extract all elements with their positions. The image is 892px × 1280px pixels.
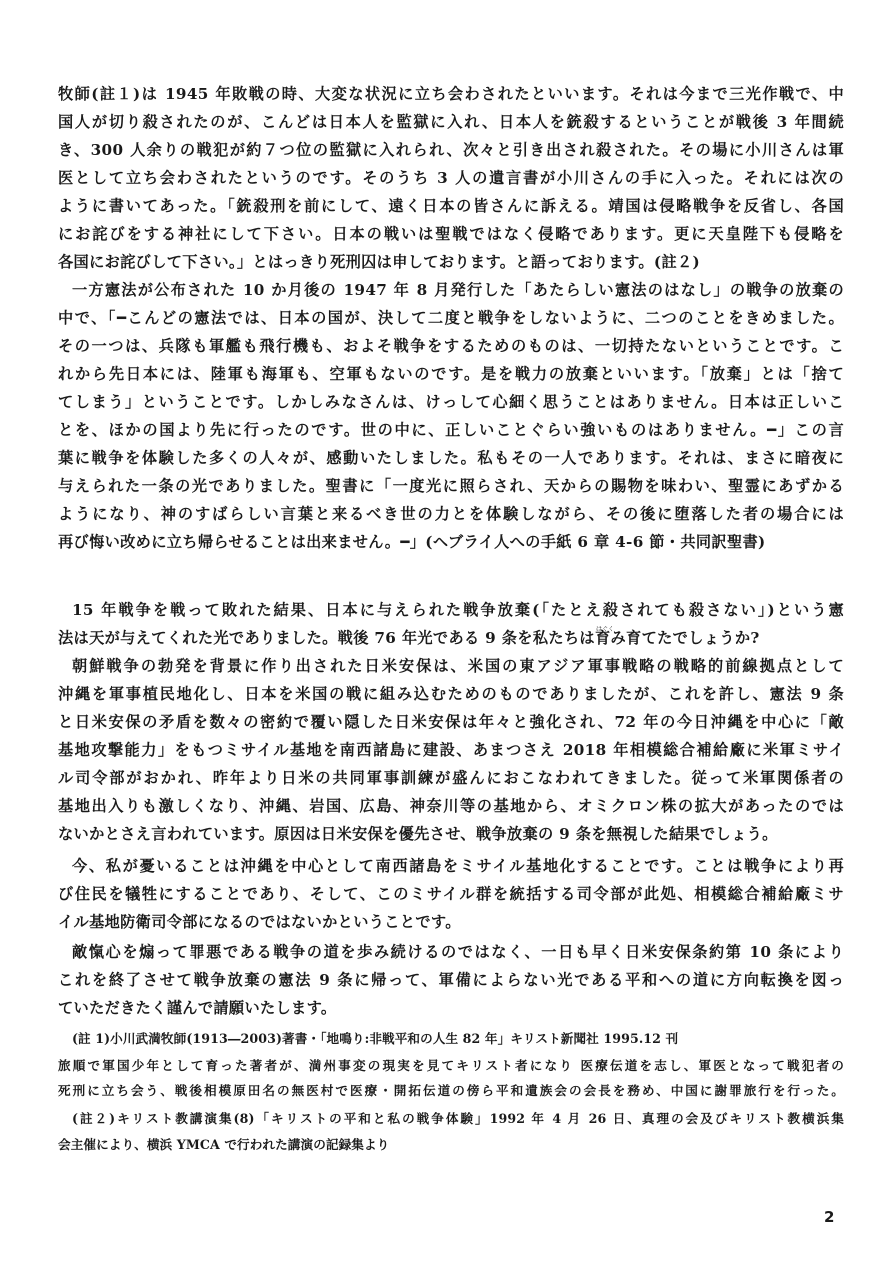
paragraph-line: 法は天が与えてくれた光でありました。戦後 76 年光である 9 条を私たちは育は… (58, 628, 844, 648)
paragraph-line: ないかとさえ言われています。原因は日米安保を優先させ、戦争放棄の 9 条を無視し… (58, 824, 844, 844)
paragraph-line: と日米安保の矛盾を数々の密約で覆い隠した日米安保は年々と強化され、72 年の今日… (58, 712, 844, 732)
paragraph-line: 朝鮮戦争の勃発を背景に作り出された日米安保は、米国の東アジア軍事戦略の戦略的前線… (72, 656, 844, 676)
ruby-word: 育はぐく (595, 629, 611, 647)
paragraph-line: 中で、「━こんどの憲法では、日本の国が、決して二度と戦争をしないように、二つのこ… (58, 308, 844, 328)
paragraph-line: 葉に戦争を体験した多くの人々が、感動いたしました。私もその一人であります。それは… (58, 448, 844, 468)
paragraph-line: 15 年戦争を戦って敗れた結果、日本に与えられた戦争放棄(「たとえ殺されても殺さ… (72, 600, 844, 620)
paragraph-line: 再び悔い改めに立ち帰らせることは出来ません。━」(ヘブライ人への手紙 6 章 4… (58, 532, 844, 552)
paragraph-line: とを、ほかの国より先に行ったのです。世の中に、正しいことぐらい強いものはありませ… (58, 420, 844, 440)
paragraph-line: 一方憲法が公布された 10 か月後の 1947 年 8 月発行した「あたらしい憲… (72, 280, 844, 300)
paragraph-line: れから先日本には、陸軍も海軍も、空軍もないのです。是を戦力の放棄といいます。「放… (58, 364, 844, 384)
ruby-text: はぐく (596, 620, 614, 640)
paragraph-line: 牧師(註１)は 1945 年敗戦の時、大変な状況に立ち会わされたといいます。それ… (58, 84, 844, 104)
paragraph-line: これを終了させて戦争放棄の憲法 9 条に帰って、軍備によらない光である平和への道… (58, 970, 844, 990)
footnote-2-line: 会主催により、横浜 YMCA で行われた講演の記録集より (58, 1136, 844, 1154)
paragraph-line: 基地出入りも激しくなり、沖縄、岩国、広島、神奈川等の基地から、オミクロン株の拡大… (58, 796, 844, 816)
paragraph-line: ていただきたく謹んで請願いたします。 (58, 998, 844, 1018)
paragraph-line: き、300 人余りの戦犯が約７つ位の監獄に入れられ、次々と引き出され殺された。そ… (58, 140, 844, 160)
paragraph-line: 医として立ち会わされたというのです。そのうち 3 人の遺言書が小川さんの手に入っ… (58, 168, 844, 188)
text-segment: み育てたでしょうか? (611, 629, 760, 647)
footnote-1-line: 死刑に立ち会う、戦後相模原田名の無医村で医療・開拓伝道の傍ら平和遺族会の会長を務… (58, 1082, 844, 1100)
footnote-2-line: (註２)キリスト教講演集(8)「キリストの平和と私の戦争体験」1992 年 4 … (72, 1110, 844, 1128)
footnote-1-title: (註 1)小川武満牧師(1913―2003)著書・「地鳴り:非戦平和の人生 82… (72, 1030, 844, 1048)
document-page: 牧師(註１)は 1945 年敗戦の時、大変な状況に立ち会わされたといいます。それ… (0, 0, 892, 1280)
paragraph-line: ように書いてあった。「銃殺刑を前にして、遠く日本の皆さんに訴える。靖国は侵略戦争… (58, 196, 844, 216)
text-segment: 法は天が与えてくれた光でありました。戦後 76 年光である 9 条を私たちは (58, 629, 595, 647)
paragraph-line: 今、私が憂いることは沖縄を中心として南西諸島をミサイル基地化することです。ことは… (72, 856, 844, 876)
paragraph-line: てしまう」ということです。しかしみなさんは、けっして心細く思うことはありません。… (58, 392, 844, 412)
paragraph-line: ようになり、神のすばらしい言葉と来るべき世の力とを体験しながら、その後に堕落した… (58, 504, 844, 524)
paragraph-line: 各国にお詫びして下さい。」とはっきり死刑囚は申しております。と語っております。(… (58, 252, 844, 272)
paragraph-line: その一つは、兵隊も軍艦も飛行機も、およそ戦争をするためのものは、一切持たないとい… (58, 336, 844, 356)
paragraph-line: にお詫びをする神社にして下さい。日本の戦いは聖戦ではなく侵略であります。更に天皇… (58, 224, 844, 244)
paragraph-line: 国人が切り殺されたのが、こんどは日本人を監獄に入れ、日本人を銃殺するということが… (58, 112, 844, 132)
paragraph-line: イル基地防衛司令部になるのではないかということです。 (58, 912, 844, 932)
paragraph-line: ル司令部がおかれ、昨年より日米の共同軍事訓練が盛んにおこなわれてきました。従って… (58, 768, 844, 788)
paragraph-line: 敵愾心を煽って罪悪である戦争の道を歩み続けるのではなく、一日も早く日米安保条約第… (72, 942, 844, 962)
paragraph-line: 基地攻撃能力」をもつミサイル基地を南西諸島に建設、あまつさえ 2018 年相模総… (58, 740, 844, 760)
paragraph-line: 沖縄を軍事植民地化し、日本を米国の戦に組み込むためのものでありましたが、これを許… (58, 684, 844, 704)
paragraph-line: 与えられた一条の光でありました。聖書に「一度光に照らされ、天からの賜物を味わい、… (58, 476, 844, 496)
paragraph-line: び住民を犠牲にすることであり、そして、このミサイル群を統括する司令部が此処、相模… (58, 884, 844, 904)
page-number: 2 (824, 1208, 834, 1226)
footnote-1-line: 旅順で軍国少年として育った著者が、満州事変の現実を見てキリスト者になり 医療伝道… (58, 1057, 844, 1075)
